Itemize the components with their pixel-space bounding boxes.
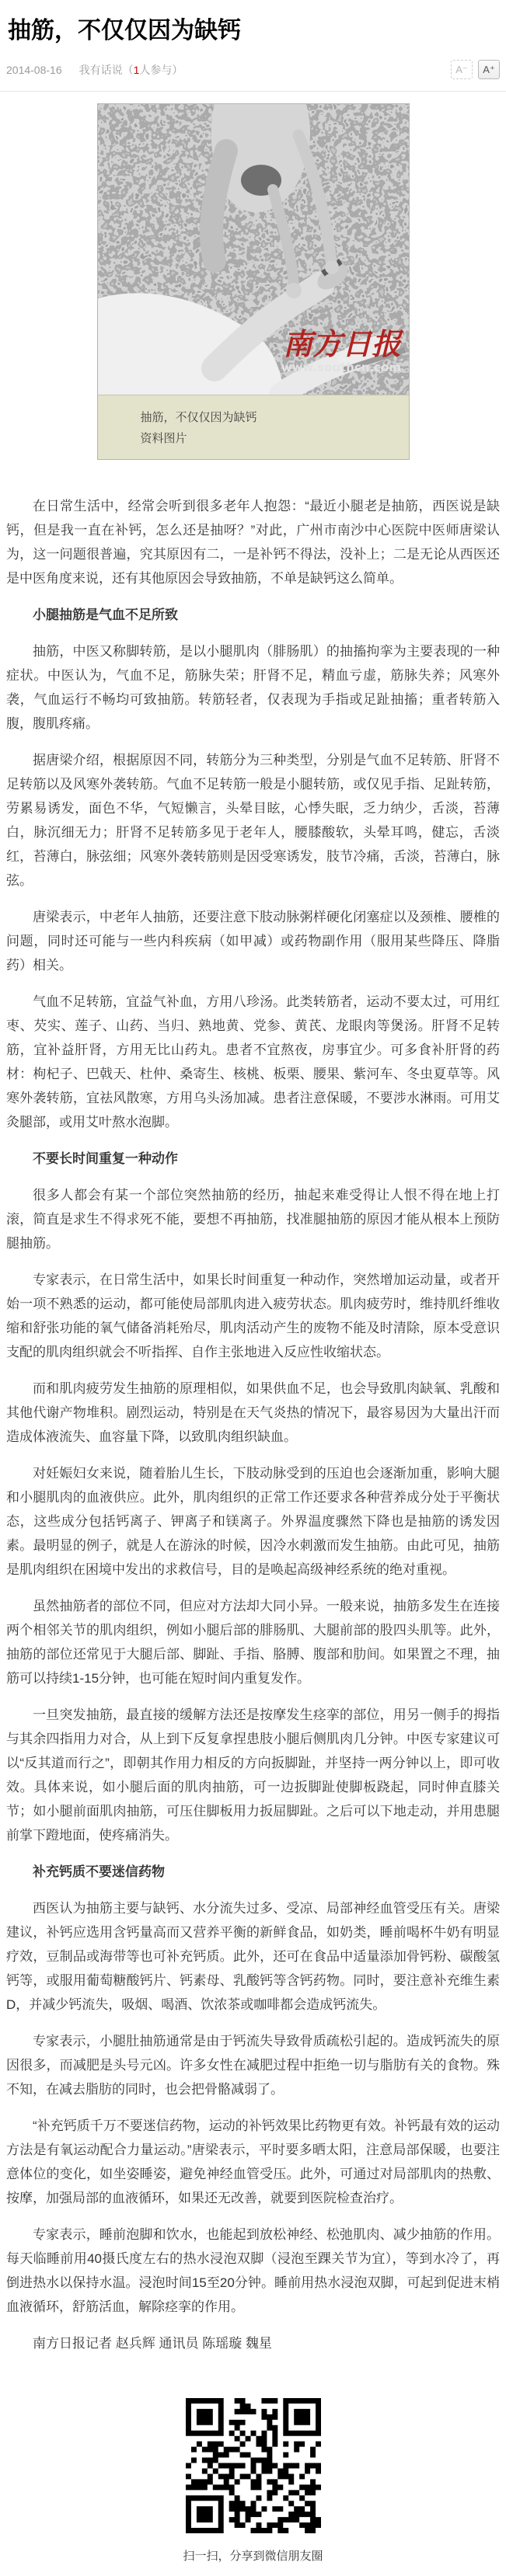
header-divider — [0, 91, 506, 92]
article-paragraph: 气血不足转筋，宜益气补血，方用八珍汤。此类转筋者，运动不要太过，可用红枣、芡实、… — [6, 990, 500, 1134]
comments-link[interactable]: 我有话说（1人参与） — [79, 62, 183, 78]
font-increase-button[interactable]: A⁺ — [478, 60, 500, 79]
article-paragraph: 抽筋，中医又称脚转筋，是以小腿肌肉（腓肠肌）的抽搐拘挛为主要表现的一种症状。中医… — [6, 639, 500, 736]
article-paragraph: 虽然抽筋者的部位不同，但应对方法却大同小异。一般来说，抽筋多发生在连接两个相邻关… — [6, 1594, 500, 1690]
figure-caption-source: 资料图片 — [141, 428, 400, 449]
section-heading: 小腿抽筋是气血不足所致 — [6, 603, 500, 627]
article-figure: 南方日报 www.southcn.com 抽筋，不仅仅因为缺钙 资料图片 — [97, 103, 410, 460]
share-section: 扫一扫，分享到微信朋友圈 — [6, 2398, 500, 2576]
article-paragraph: 一旦突发抽筋，最直接的缓解方法还是按摩发生痉挛的部位，用另一侧手的拇指与其余四指… — [6, 1703, 500, 1847]
meta-row: 2014-08-16 我有话说（1人参与） A⁻ A⁺ — [6, 60, 500, 79]
comments-label-suffix: 人参与） — [139, 64, 183, 76]
page-title: 抽筋，不仅仅因为缺钙 — [8, 16, 498, 47]
article-paragraph: 唐梁表示，中老年人抽筋，还要注意下肢动脉粥样硬化闭塞症以及颈椎、腰椎的问题，同时… — [6, 905, 500, 977]
wechat-share-qr-code — [186, 2398, 321, 2533]
article-paragraph: 据唐梁介绍，根据原因不同，转筋分为三种类型，分别是气血不足转筋、肝肾不足转筋以及… — [6, 748, 500, 893]
comments-label-prefix: 我有话说（ — [79, 64, 134, 76]
watermark-logo-text: 南方日报 — [282, 326, 403, 361]
article-paragraph: 而和肌肉疲劳发生抽筋的原理相似，如果供血不足，也会导致肌肉缺氧、乳酸和其他代谢产… — [6, 1377, 500, 1449]
watermark-site-text: www.southcn.com — [281, 360, 400, 374]
article-paragraph: 专家表示，小腿肚抽筋通常是由于钙流失导致骨质疏松引起的。造成钙流失的原因很多，而… — [6, 2029, 500, 2101]
article-paragraph: 很多人都会有某一个部位突然抽筋的经历，抽起来难受得让人恨不得在地上打滚，简直是求… — [6, 1183, 500, 1255]
qr-caption: 扫一扫，分享到微信朋友圈 — [6, 2547, 500, 2564]
article-paragraph: 专家表示，睡前泡脚和饮水，也能起到放松神经、松弛肌肉、减少抽筋的作用。每天临睡前… — [6, 2223, 500, 2319]
article-paragraph: 专家表示，在日常生活中，如果长时间重复一种动作，突然增加运动量，或者开始一项不熟… — [6, 1268, 500, 1364]
byline: 南方日报记者 赵兵辉 通讯员 陈瑶璇 魏星 — [6, 2331, 500, 2355]
font-decrease-button[interactable]: A⁻ — [451, 60, 473, 79]
figure-caption: 抽筋，不仅仅因为缺钙 资料图片 — [98, 395, 409, 459]
article-paragraph: 对妊娠妇女来说，随着胎儿生长，下肢动脉受到的压迫也会逐渐加重，影响大腿和小腿肌肉… — [6, 1461, 500, 1582]
article-paragraph: 在日常生活中，经常会听到很多老年人抱怨：“最近小腿老是抽筋，西医说是缺钙，但是我… — [6, 494, 500, 590]
section-heading: 补充钙质不要迷信药物 — [6, 1860, 500, 1884]
figure-caption-title: 抽筋，不仅仅因为缺钙 — [141, 407, 400, 428]
article-body: 在日常生活中，经常会听到很多老年人抱怨：“最近小腿老是抽筋，西医说是缺钙，但是我… — [6, 494, 500, 2355]
publish-date: 2014-08-16 — [6, 64, 62, 76]
article-page: 抽筋，不仅仅因为缺钙 2014-08-16 我有话说（1人参与） A⁻ A⁺ — [0, 16, 506, 2576]
article-paragraph: 西医认为抽筋主要与缺钙、水分流失过多、受凉、局部神经血管受压有关。唐梁建议，补钙… — [6, 1896, 500, 2017]
article-paragraph: “补充钙质千万不要迷信药物，运动的补钙效果比药物更有效。补钙最有效的运动方法是有… — [6, 2114, 500, 2210]
photo-watermark: 南方日报 www.southcn.com — [281, 326, 403, 374]
font-size-controls: A⁻ A⁺ — [451, 60, 500, 79]
section-heading: 不要长时间重复一种动作 — [6, 1147, 500, 1171]
article-photo: 南方日报 www.southcn.com — [98, 104, 409, 395]
